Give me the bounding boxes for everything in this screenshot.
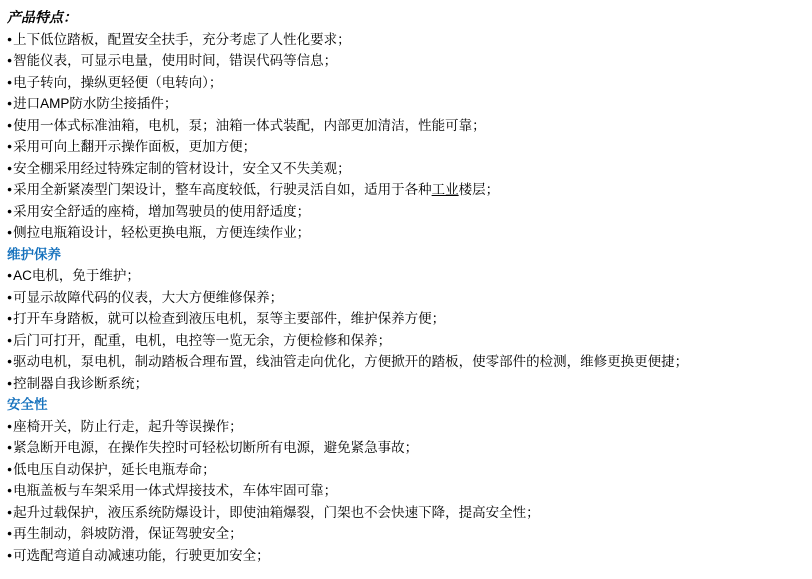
feature-text: 驱动电机，泵电机，制动踏板合理布置，线油管走向优化，方便掀开的踏板，使零部件的检…	[13, 354, 688, 369]
feature-item: ●AC电机，免于维护；	[7, 265, 806, 287]
bullet-icon: ●	[7, 158, 12, 180]
feature-text: 侧拉电瓶箱设计，轻松更换电瓶，方便连续作业；	[13, 225, 310, 240]
feature-text: 可选配弯道自动减速功能，行驶更加安全；	[13, 548, 270, 563]
feature-text: 紧急断开电源，在操作失控时可轻松切断所有电源，避免紧急事故；	[13, 440, 418, 455]
bullet-icon: ●	[7, 502, 12, 524]
feature-item: ●进口AMP防水防尘接插件；	[7, 93, 806, 115]
bullet-icon: ●	[7, 459, 12, 481]
feature-text: 控制器自我诊断系统；	[13, 376, 148, 391]
bullet-icon: ●	[7, 308, 12, 330]
product-description-document: 产品特点： ●上下低位踏板，配置安全扶手，充分考虑了人性化要求； ●智能仪表，可…	[0, 0, 812, 566]
feature-item: ●紧急断开电源，在操作失控时可轻松切断所有电源，避免紧急事故；	[7, 437, 806, 459]
feature-item: ●低电压自动保护，延长电瓶寿命；	[7, 459, 806, 481]
feature-item: ●侧拉电瓶箱设计，轻松更换电瓶，方便连续作业；	[7, 222, 806, 244]
feature-text: 低电压自动保护，延长电瓶寿命；	[13, 462, 216, 477]
feature-text: 上下低位踏板，配置安全扶手，充分考虑了人性化要求；	[13, 32, 351, 47]
bullet-icon: ●	[7, 222, 12, 244]
bullet-icon: ●	[7, 287, 12, 309]
feature-item: ●后门可打开，配重，电机，电控等一览无余，方便检修和保养；	[7, 330, 806, 352]
bullet-icon: ●	[7, 330, 12, 352]
feature-text: 采用全新紧凑型门架设计，整车高度较低，行驶灵活自如，适用于各种	[13, 182, 432, 197]
feature-item: ●驱动电机，泵电机，制动踏板合理布置，线油管走向优化，方便掀开的踏板，使零部件的…	[7, 351, 806, 373]
feature-text: 再生制动，斜坡防滑，保证驾驶安全；	[13, 526, 243, 541]
feature-text: 可显示故障代码的仪表，大大方便维修保养；	[13, 290, 283, 305]
feature-text: 智能仪表，可显示电量，使用时间，错误代码等信息；	[13, 53, 337, 68]
bullet-icon: ●	[7, 416, 12, 438]
bullet-icon: ●	[7, 373, 12, 395]
feature-text: 后门可打开，配重，电机，电控等一览无余，方便检修和保养；	[13, 333, 391, 348]
feature-item: ●安全棚采用经过特殊定制的管材设计，安全又不失美观；	[7, 158, 806, 180]
bullet-icon: ●	[7, 351, 12, 373]
feature-text: 座椅开关，防止行走，起升等误操作；	[13, 419, 243, 434]
feature-text: AC电机，免于维护；	[13, 268, 140, 283]
bullet-icon: ●	[7, 29, 12, 51]
feature-item: ●使用一体式标准油箱，电机，泵；油箱一体式装配，内部更加清洁，性能可靠；	[7, 115, 806, 137]
feature-item: ●打开车身踏板，就可以检查到液压电机，泵等主要部件，维护保养方便；	[7, 308, 806, 330]
bullet-icon: ●	[7, 179, 12, 201]
feature-item: ●采用安全舒适的座椅，增加驾驶员的使用舒适度；	[7, 201, 806, 223]
keyword-link-industry[interactable]: 工业	[432, 182, 459, 197]
bullet-icon: ●	[7, 115, 12, 137]
bullet-icon: ●	[7, 545, 12, 567]
feature-item: ●电子转向，操纵更轻便（电转向）；	[7, 72, 806, 94]
bullet-icon: ●	[7, 437, 12, 459]
section-heading-safety: 安全性	[7, 394, 806, 416]
feature-item: ●再生制动，斜坡防滑，保证驾驶安全；	[7, 523, 806, 545]
bullet-icon: ●	[7, 201, 12, 223]
feature-item: ●起升过载保护，液压系统防爆设计，即使油箱爆裂，门架也不会快速下降，提高安全性；	[7, 502, 806, 524]
feature-item: ●可显示故障代码的仪表，大大方便维修保养；	[7, 287, 806, 309]
feature-item: ●采用全新紧凑型门架设计，整车高度较低，行驶灵活自如，适用于各种工业楼层；	[7, 179, 806, 201]
feature-item: ●控制器自我诊断系统；	[7, 373, 806, 395]
feature-text: 起升过载保护，液压系统防爆设计，即使油箱爆裂，门架也不会快速下降，提高安全性；	[13, 505, 540, 520]
feature-text: 安全棚采用经过特殊定制的管材设计，安全又不失美观；	[13, 161, 351, 176]
feature-item: ●座椅开关，防止行走，起升等误操作；	[7, 416, 806, 438]
feature-text: 电瓶盖板与车架采用一体式焊接技术，车体牢固可靠；	[13, 483, 337, 498]
feature-text: 打开车身踏板，就可以检查到液压电机，泵等主要部件，维护保养方便；	[13, 311, 445, 326]
bullet-icon: ●	[7, 523, 12, 545]
feature-item: ●电瓶盖板与车架采用一体式焊接技术，车体牢固可靠；	[7, 480, 806, 502]
bullet-icon: ●	[7, 50, 12, 72]
feature-text: 进口AMP防水防尘接插件；	[13, 96, 177, 111]
feature-item: ●可选配弯道自动减速功能，行驶更加安全；	[7, 545, 806, 567]
section-heading-maintenance: 维护保养	[7, 244, 806, 266]
feature-item: ●智能仪表，可显示电量，使用时间，错误代码等信息；	[7, 50, 806, 72]
bullet-icon: ●	[7, 136, 12, 158]
feature-item: ●采用可向上翻开示操作面板，更加方便；	[7, 136, 806, 158]
feature-item: ●上下低位踏板，配置安全扶手，充分考虑了人性化要求；	[7, 29, 806, 51]
bullet-icon: ●	[7, 480, 12, 502]
bullet-icon: ●	[7, 72, 12, 94]
feature-text: 楼层；	[459, 182, 500, 197]
feature-text: 采用安全舒适的座椅，增加驾驶员的使用舒适度；	[13, 204, 310, 219]
page-title: 产品特点：	[7, 7, 806, 29]
bullet-icon: ●	[7, 265, 12, 287]
feature-text: 电子转向，操纵更轻便（电转向）；	[13, 75, 222, 90]
bullet-icon: ●	[7, 93, 12, 115]
feature-text: 采用可向上翻开示操作面板，更加方便；	[13, 139, 256, 154]
feature-text: 使用一体式标准油箱，电机，泵；油箱一体式装配，内部更加清洁，性能可靠；	[13, 118, 486, 133]
